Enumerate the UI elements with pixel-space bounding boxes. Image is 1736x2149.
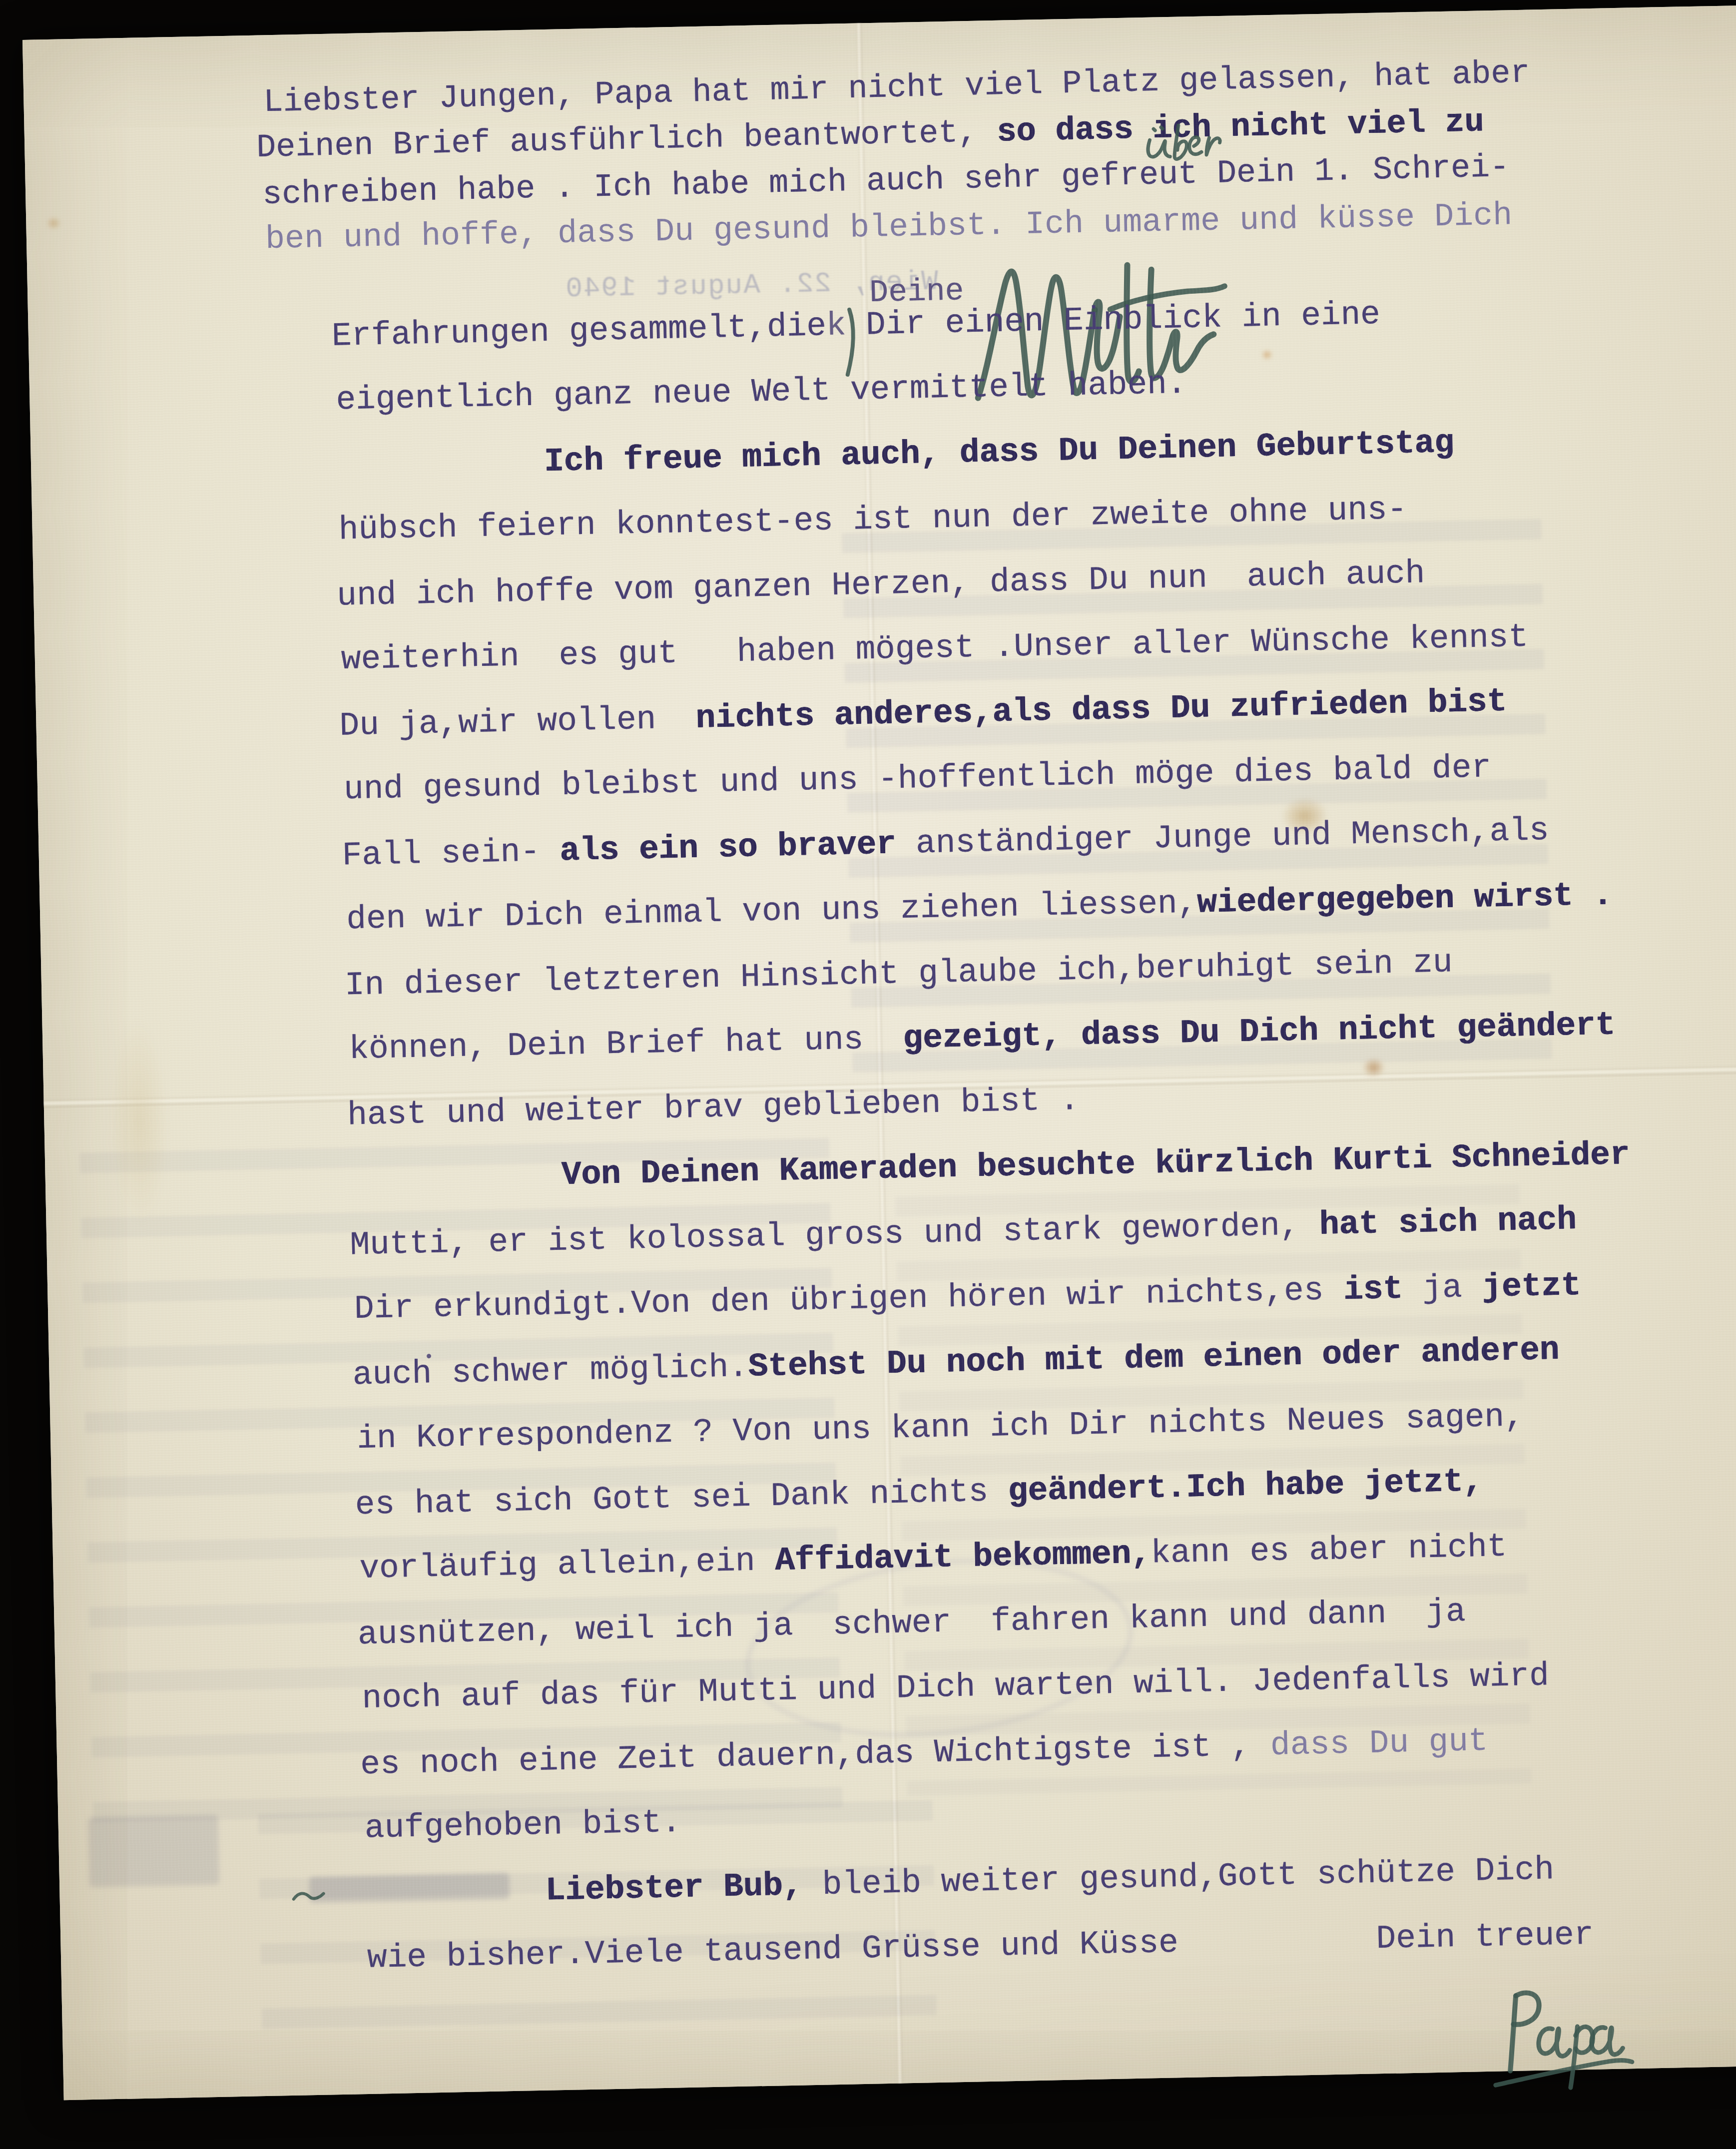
stain xyxy=(107,1017,171,1227)
papa-signature xyxy=(1476,1977,1643,2101)
handwritten-strike-mark xyxy=(841,305,865,381)
top-note: Liebster Jungen, Papa hat mir nicht viel… xyxy=(263,52,1533,263)
letter-paper: Wien, 22. August 1940 Liebster Jungen, P… xyxy=(22,4,1736,2101)
handwritten-tick-mark xyxy=(290,1888,328,1905)
letter-body: Erfahrungen gesammelt,diek Dir einen Ein… xyxy=(331,278,1643,1992)
bleedthrough-bold-smudge xyxy=(88,1815,219,1887)
ueber-handwritten-insert xyxy=(1138,113,1244,170)
stain xyxy=(46,217,61,230)
photo-background: Wien, 22. August 1940 Liebster Jungen, P… xyxy=(0,0,1736,2149)
